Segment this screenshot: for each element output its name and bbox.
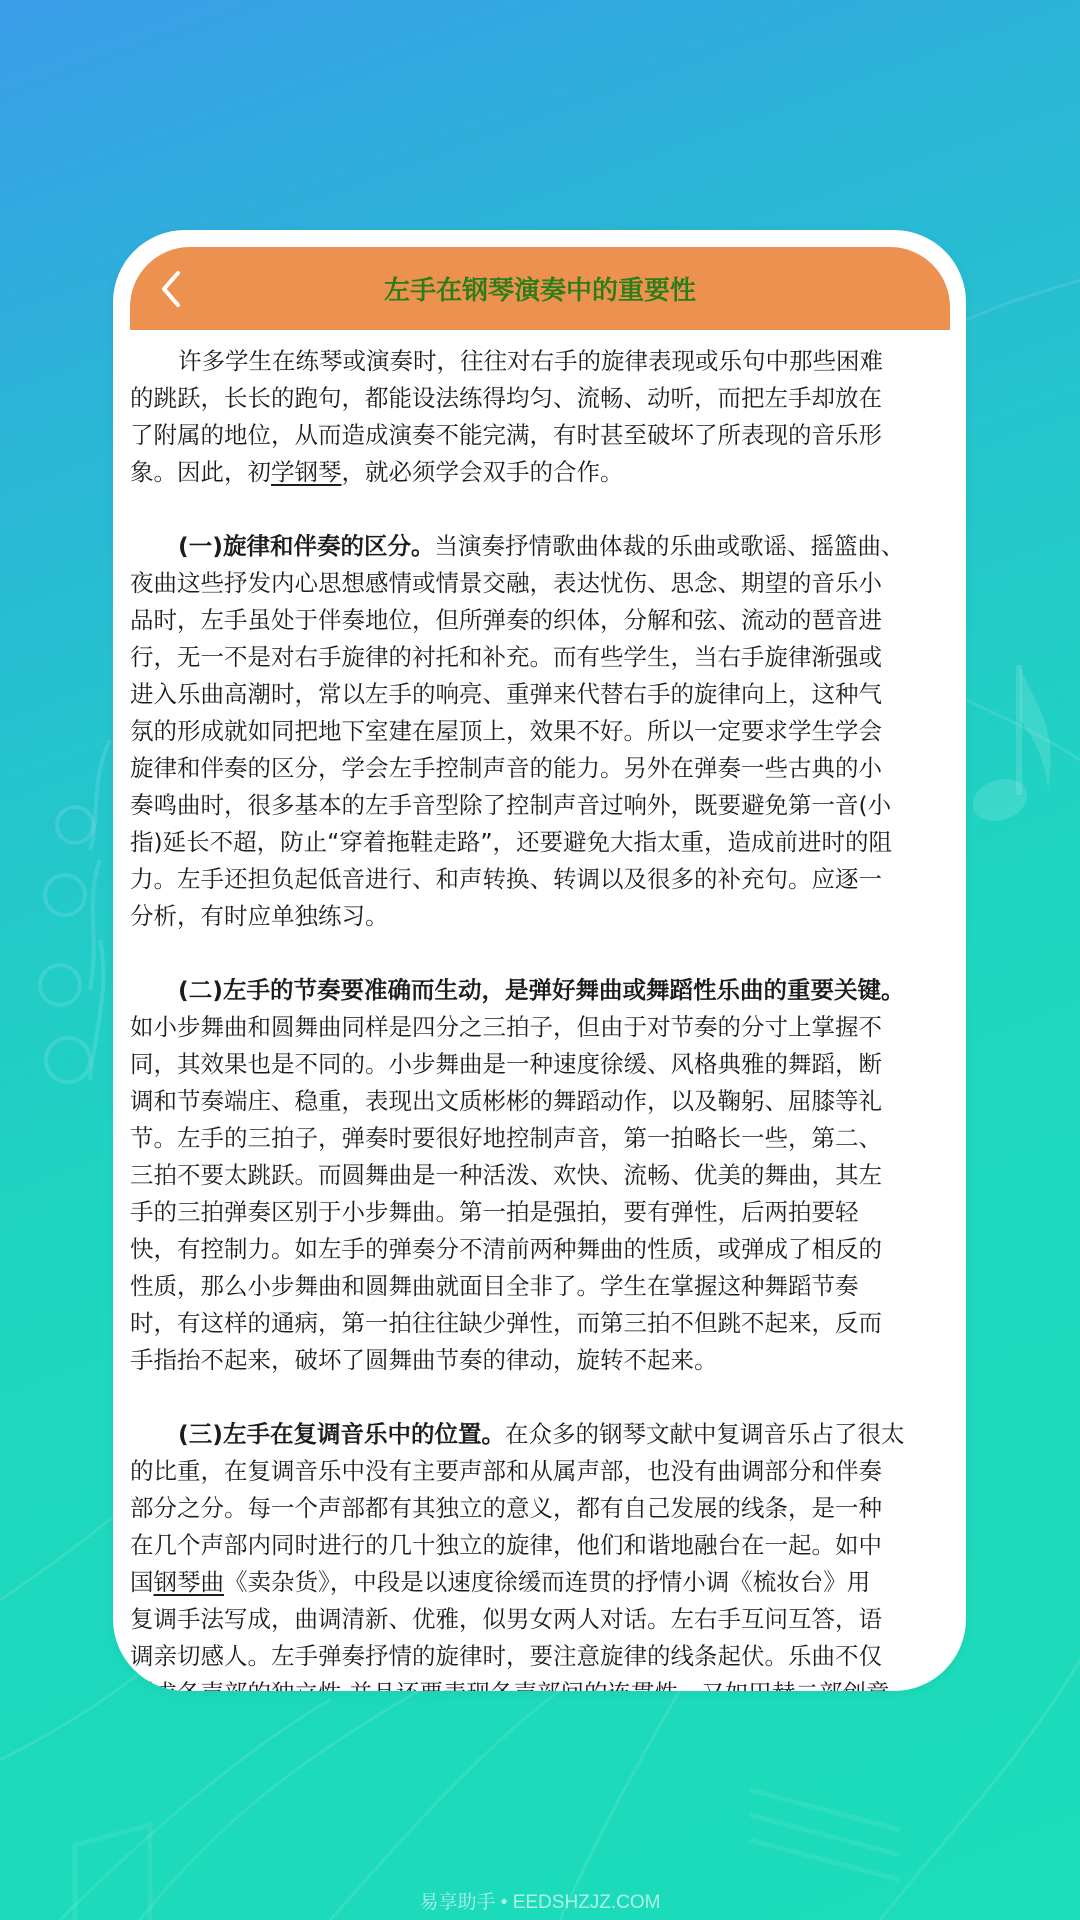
text-line: 调亲切感人。左手弹奏抒情的旋律时，要注意旋律的线条起伏。乐曲不仅 (130, 1638, 960, 1675)
body-text: 三拍不要太跳跃。而圆舞曲是一种活泼、欢快、流畅、优美的舞曲，其左 (130, 1161, 882, 1189)
text-line: 时，有这样的通病，第一拍往往缺少弹性，而第三拍不但跳不起来，反而 (130, 1305, 960, 1342)
text-line: 行，无一不是对右手旋律的衬托和补充。而有些学生，当右手旋律渐强或 (130, 639, 960, 676)
body-text: 进入乐曲高潮时，常以左手的响亮、重弹来代替右手的旋律向上，这种气 (130, 680, 882, 708)
text-line: 部分之分。每一个声部都有其独立的意义，都有自己发展的线条，是一种 (130, 1490, 960, 1527)
text-line: 调和节奏端庄、稳重，表现出文质彬彬的舞蹈动作，以及鞠躬、屈膝等礼 (130, 1083, 960, 1120)
body-text: 性质，那么小步舞曲和圆舞曲就面目全非了。学生在掌握这种舞蹈节奏 (130, 1272, 859, 1300)
text-line: 夜曲这些抒发内心思想感情或情景交融，表达忧伤、思念、期望的音乐小 (130, 565, 960, 602)
body-text: 夜曲这些抒发内心思想感情或情景交融，表达忧伤、思念、期望的音乐小 (130, 569, 882, 597)
body-text: 的比重，在复调音乐中没有主要声部和从属声部，也没有曲调部分和伴奏 (130, 1457, 882, 1485)
text-line: 三拍不要太跳跃。而圆舞曲是一种活泼、欢快、流畅、优美的舞曲，其左 (130, 1157, 960, 1194)
body-text: 要求各声部的独立性.并且还要表现各声部间的连贯性。又如巴赫二部创意 (130, 1679, 889, 1691)
text-line: 的比重，在复调音乐中没有主要声部和从属声部，也没有曲调部分和伴奏 (130, 1453, 960, 1490)
body-text: 象。因此，初 (130, 458, 271, 486)
text-line: 在几个声部内同时进行的几十独立的旋律，他们和谐地融台在一起。如中 (130, 1527, 960, 1564)
body-text: 复调手法写成，曲调清新、优雅，似男女两人对话。左右手互问互答，语 (130, 1605, 882, 1633)
body-text: 国 (130, 1568, 154, 1596)
body-text: 的跳跃，长长的跑句，都能设法练得均匀、流畅、动听，而把左手却放在 (130, 384, 882, 412)
keyword-link[interactable]: 钢琴曲 (154, 1568, 225, 1596)
section-heading: (二)左手的节奏要准确而生动，是弹好舞曲或舞蹈性乐曲的重要关键。 (178, 976, 904, 1004)
text-line: 旋律和伴奏的区分，学会左手控制声音的能力。另外在弹奏一些古典的小 (130, 750, 960, 787)
body-text: 品时，左手虽处于伴奏地位，但所弹奏的织体，分解和弦、流动的琶音进 (130, 606, 882, 634)
watermark: 易享助手 • EEDSHZJZ.COM (0, 1887, 1080, 1914)
body-text: 快，有控制力。如左手的弹奏分不清前两种舞曲的性质，或弹成了相反的 (130, 1235, 882, 1263)
header-bar: 左手在钢琴演奏中的重要性 (130, 247, 950, 330)
body-text: 调亲切感人。左手弹奏抒情的旋律时，要注意旋律的线条起伏。乐曲不仅 (130, 1642, 882, 1670)
text-line: 的跳跃，长长的跑句，都能设法练得均匀、流畅、动听，而把左手却放在 (130, 380, 960, 417)
body-text: 时，有这样的通病，第一拍往往缺少弹性，而第三拍不但跳不起来，反而 (130, 1309, 882, 1337)
body-text: 氛的形成就如同把地下室建在屋顶上，效果不好。所以一定要求学生学会 (130, 717, 882, 745)
text-line: 力。左手还担负起低音进行、和声转换、转调以及很多的补充句。应逐一 (130, 861, 960, 898)
page-title: 左手在钢琴演奏中的重要性 (130, 247, 950, 330)
text-line: 了附属的地位，从而造成演奏不能完满，有时甚至破坏了所表现的音乐形 (130, 417, 960, 454)
body-text: 节。左手的三拍子，弹奏时要很好地控制声音，第一拍略长一些，第二、 (130, 1124, 882, 1152)
text-line: 指)延长不超，防止“穿着拖鞋走路”，还要避免大指太重，造成前进时的阻 (130, 824, 960, 861)
article-paragraph: (二)左手的节奏要准确而生动，是弹好舞曲或舞蹈性乐曲的重要关键。如小步舞曲和圆舞… (130, 972, 960, 1379)
body-text: 同，其效果也是不同的。小步舞曲是一种速度徐缓、风格典雅的舞蹈，断 (130, 1050, 882, 1078)
text-line: 品时，左手虽处于伴奏地位，但所弹奏的织体，分解和弦、流动的琶音进 (130, 602, 960, 639)
text-line: (一)旋律和伴奏的区分。当演奏抒情歌曲体裁的乐曲或歌谣、摇篮曲、 (130, 528, 960, 565)
keyword-link[interactable]: 学钢琴 (271, 458, 342, 486)
article-card: 左手在钢琴演奏中的重要性 许多学生在练琴或演奏时，往往对右手的旋律表现或乐句中那… (113, 230, 966, 1691)
body-text: ，就必须学会双手的合作。 (342, 458, 624, 486)
body-text: 调和节奏端庄、稳重，表现出文质彬彬的舞蹈动作，以及鞠躬、屈膝等礼 (130, 1087, 882, 1115)
text-line: 氛的形成就如同把地下室建在屋顶上，效果不好。所以一定要求学生学会 (130, 713, 960, 750)
text-line: 奏鸣曲时，很多基本的左手音型除了控制声音过响外，既要避免第一音(小 (130, 787, 960, 824)
text-line: 性质，那么小步舞曲和圆舞曲就面目全非了。学生在掌握这种舞蹈节奏 (130, 1268, 960, 1305)
text-line: 如小步舞曲和圆舞曲同样是四分之三拍子，但由于对节奏的分寸上掌握不 (130, 1009, 960, 1046)
article-paragraph: 许多学生在练琴或演奏时，往往对右手的旋律表现或乐句中那些困难的跳跃，长长的跑句，… (130, 343, 960, 491)
text-line: 手指抬不起来，破坏了圆舞曲节奏的律动，旋转不起来。 (130, 1342, 960, 1379)
text-line: (二)左手的节奏要准确而生动，是弹好舞曲或舞蹈性乐曲的重要关键。 (130, 972, 960, 1009)
article-body[interactable]: 许多学生在练琴或演奏时，往往对右手的旋律表现或乐句中那些困难的跳跃，长长的跑句，… (130, 343, 960, 1691)
text-line: 国钢琴曲《卖杂货》，中段是以速度徐缓而连贯的抒情小调《梳妆台》用 (130, 1564, 960, 1601)
text-line: 快，有控制力。如左手的弹奏分不清前两种舞曲的性质，或弹成了相反的 (130, 1231, 960, 1268)
body-text: 许多学生在练琴或演奏时，往往对右手的旋律表现或乐句中那些困难 (178, 347, 883, 375)
text-line: 手的三拍弹奏区别于小步舞曲。第一拍是强拍，要有弹性，后两拍要轻 (130, 1194, 960, 1231)
body-text: 如小步舞曲和圆舞曲同样是四分之三拍子，但由于对节奏的分寸上掌握不 (130, 1013, 882, 1041)
article-paragraph: (一)旋律和伴奏的区分。当演奏抒情歌曲体裁的乐曲或歌谣、摇篮曲、夜曲这些抒发内心… (130, 528, 960, 935)
body-text: 在众多的钢琴文献中复调音乐占了很太 (505, 1420, 905, 1448)
treble-clef-decoration (40, 740, 110, 1082)
body-text: 手指抬不起来，破坏了圆舞曲节奏的律动，旋转不起来。 (130, 1346, 718, 1374)
body-text: 力。左手还担负起低音进行、和声转换、转调以及很多的补充句。应逐一 (130, 865, 882, 893)
text-line: (三)左手在复调音乐中的位置。在众多的钢琴文献中复调音乐占了很太 (130, 1416, 960, 1453)
body-text: 奏鸣曲时，很多基本的左手音型除了控制声音过响外，既要避免第一音(小 (130, 791, 891, 819)
section-heading: (三)左手在复调音乐中的位置。 (178, 1420, 505, 1448)
text-line: 分析，有时应单独练习。 (130, 898, 960, 935)
body-text: 指)延长不超，防止“穿着拖鞋走路”，还要避免大指太重，造成前进时的阻 (130, 828, 892, 856)
music-note-icon (967, 665, 1051, 828)
text-line: 复调手法写成，曲调清新、优雅，似男女两人对话。左右手互问互答，语 (130, 1601, 960, 1638)
body-text: 旋律和伴奏的区分，学会左手控制声音的能力。另外在弹奏一些古典的小 (130, 754, 882, 782)
body-text: 部分之分。每一个声部都有其独立的意义，都有自己发展的线条，是一种 (130, 1494, 882, 1522)
body-text: 手的三拍弹奏区别于小步舞曲。第一拍是强拍，要有弹性，后两拍要轻 (130, 1198, 859, 1226)
body-text: 当演奏抒情歌曲体裁的乐曲或歌谣、摇篮曲、 (434, 532, 904, 560)
body-text: 《卖杂货》，中段是以速度徐缓而连贯的抒情小调《梳妆台》用 (224, 1568, 870, 1596)
text-line: 进入乐曲高潮时，常以左手的响亮、重弹来代替右手的旋律向上，这种气 (130, 676, 960, 713)
section-heading: (一)旋律和伴奏的区分。 (178, 532, 434, 560)
text-line: 要求各声部的独立性.并且还要表现各声部间的连贯性。又如巴赫二部创意 (130, 1675, 960, 1691)
article-paragraph: (三)左手在复调音乐中的位置。在众多的钢琴文献中复调音乐占了很太的比重，在复调音… (130, 1416, 960, 1691)
text-line: 许多学生在练琴或演奏时，往往对右手的旋律表现或乐句中那些困难 (130, 343, 960, 380)
text-line: 同，其效果也是不同的。小步舞曲是一种速度徐缓、风格典雅的舞蹈，断 (130, 1046, 960, 1083)
text-line: 象。因此，初学钢琴，就必须学会双手的合作。 (130, 454, 960, 491)
text-line: 节。左手的三拍子，弹奏时要很好地控制声音，第一拍略长一些，第二、 (130, 1120, 960, 1157)
body-text: 行，无一不是对右手旋律的衬托和补充。而有些学生，当右手旋律渐强或 (130, 643, 882, 671)
body-text: 了附属的地位，从而造成演奏不能完满，有时甚至破坏了所表现的音乐形 (130, 421, 882, 449)
body-text: 分析，有时应单独练习。 (130, 902, 389, 930)
body-text: 在几个声部内同时进行的几十独立的旋律，他们和谐地融台在一起。如中 (130, 1531, 882, 1559)
